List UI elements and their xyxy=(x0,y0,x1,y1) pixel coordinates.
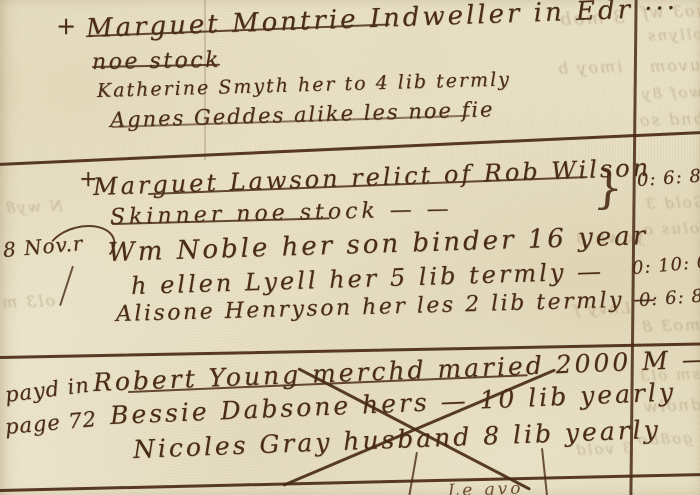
bleedthrough-ghost: mo3 8 xyxy=(640,315,700,336)
section-divider-line-3 xyxy=(0,473,700,492)
ledger-entry-line: Skinner noe stock — — xyxy=(110,197,453,230)
bleedthrough-ghost: ollyns xyxy=(646,25,700,45)
bleedthrough-ghost: ol3 m xyxy=(0,291,56,312)
money-amount: 0: 6: 8 xyxy=(638,285,700,310)
bleedthrough-ghost: bnd so xyxy=(638,109,700,130)
bleedthrough-ghost: Juvom xyxy=(648,55,700,76)
bleedthrough-ghost: olus o xyxy=(642,219,700,239)
money-amount: 0: 10: 0 xyxy=(631,251,700,279)
bleedthrough-ghost: imoy b xyxy=(556,57,623,78)
margin-paid-note: payd in xyxy=(4,373,91,407)
manuscript-page: go3 wf ollyns 3 mob Juvom wof 8y imoy b … xyxy=(0,0,700,495)
bleedthrough-ghost: wof 8y xyxy=(640,83,700,103)
margin-page-note: page 72 xyxy=(4,407,98,439)
ledger-entry-line: noe stock xyxy=(92,48,221,75)
flourish-tail xyxy=(408,452,418,495)
bleedthrough-ghost: Gold 3 xyxy=(644,193,700,213)
margin-cross-mark: + xyxy=(56,12,76,40)
flourish-tail xyxy=(541,448,549,495)
bleedthrough-ghost: N wy8 xyxy=(4,197,63,217)
flourish-tail xyxy=(59,266,74,307)
ledger-entry-line: Marguet Montrie Indweller in Edr ··· xyxy=(85,0,678,44)
amount-bracket: } xyxy=(592,159,625,215)
money-amount: 0: 6: 8 xyxy=(636,165,700,190)
ledger-entry-line: Agnes Geddes alike les noe fie xyxy=(110,97,495,132)
